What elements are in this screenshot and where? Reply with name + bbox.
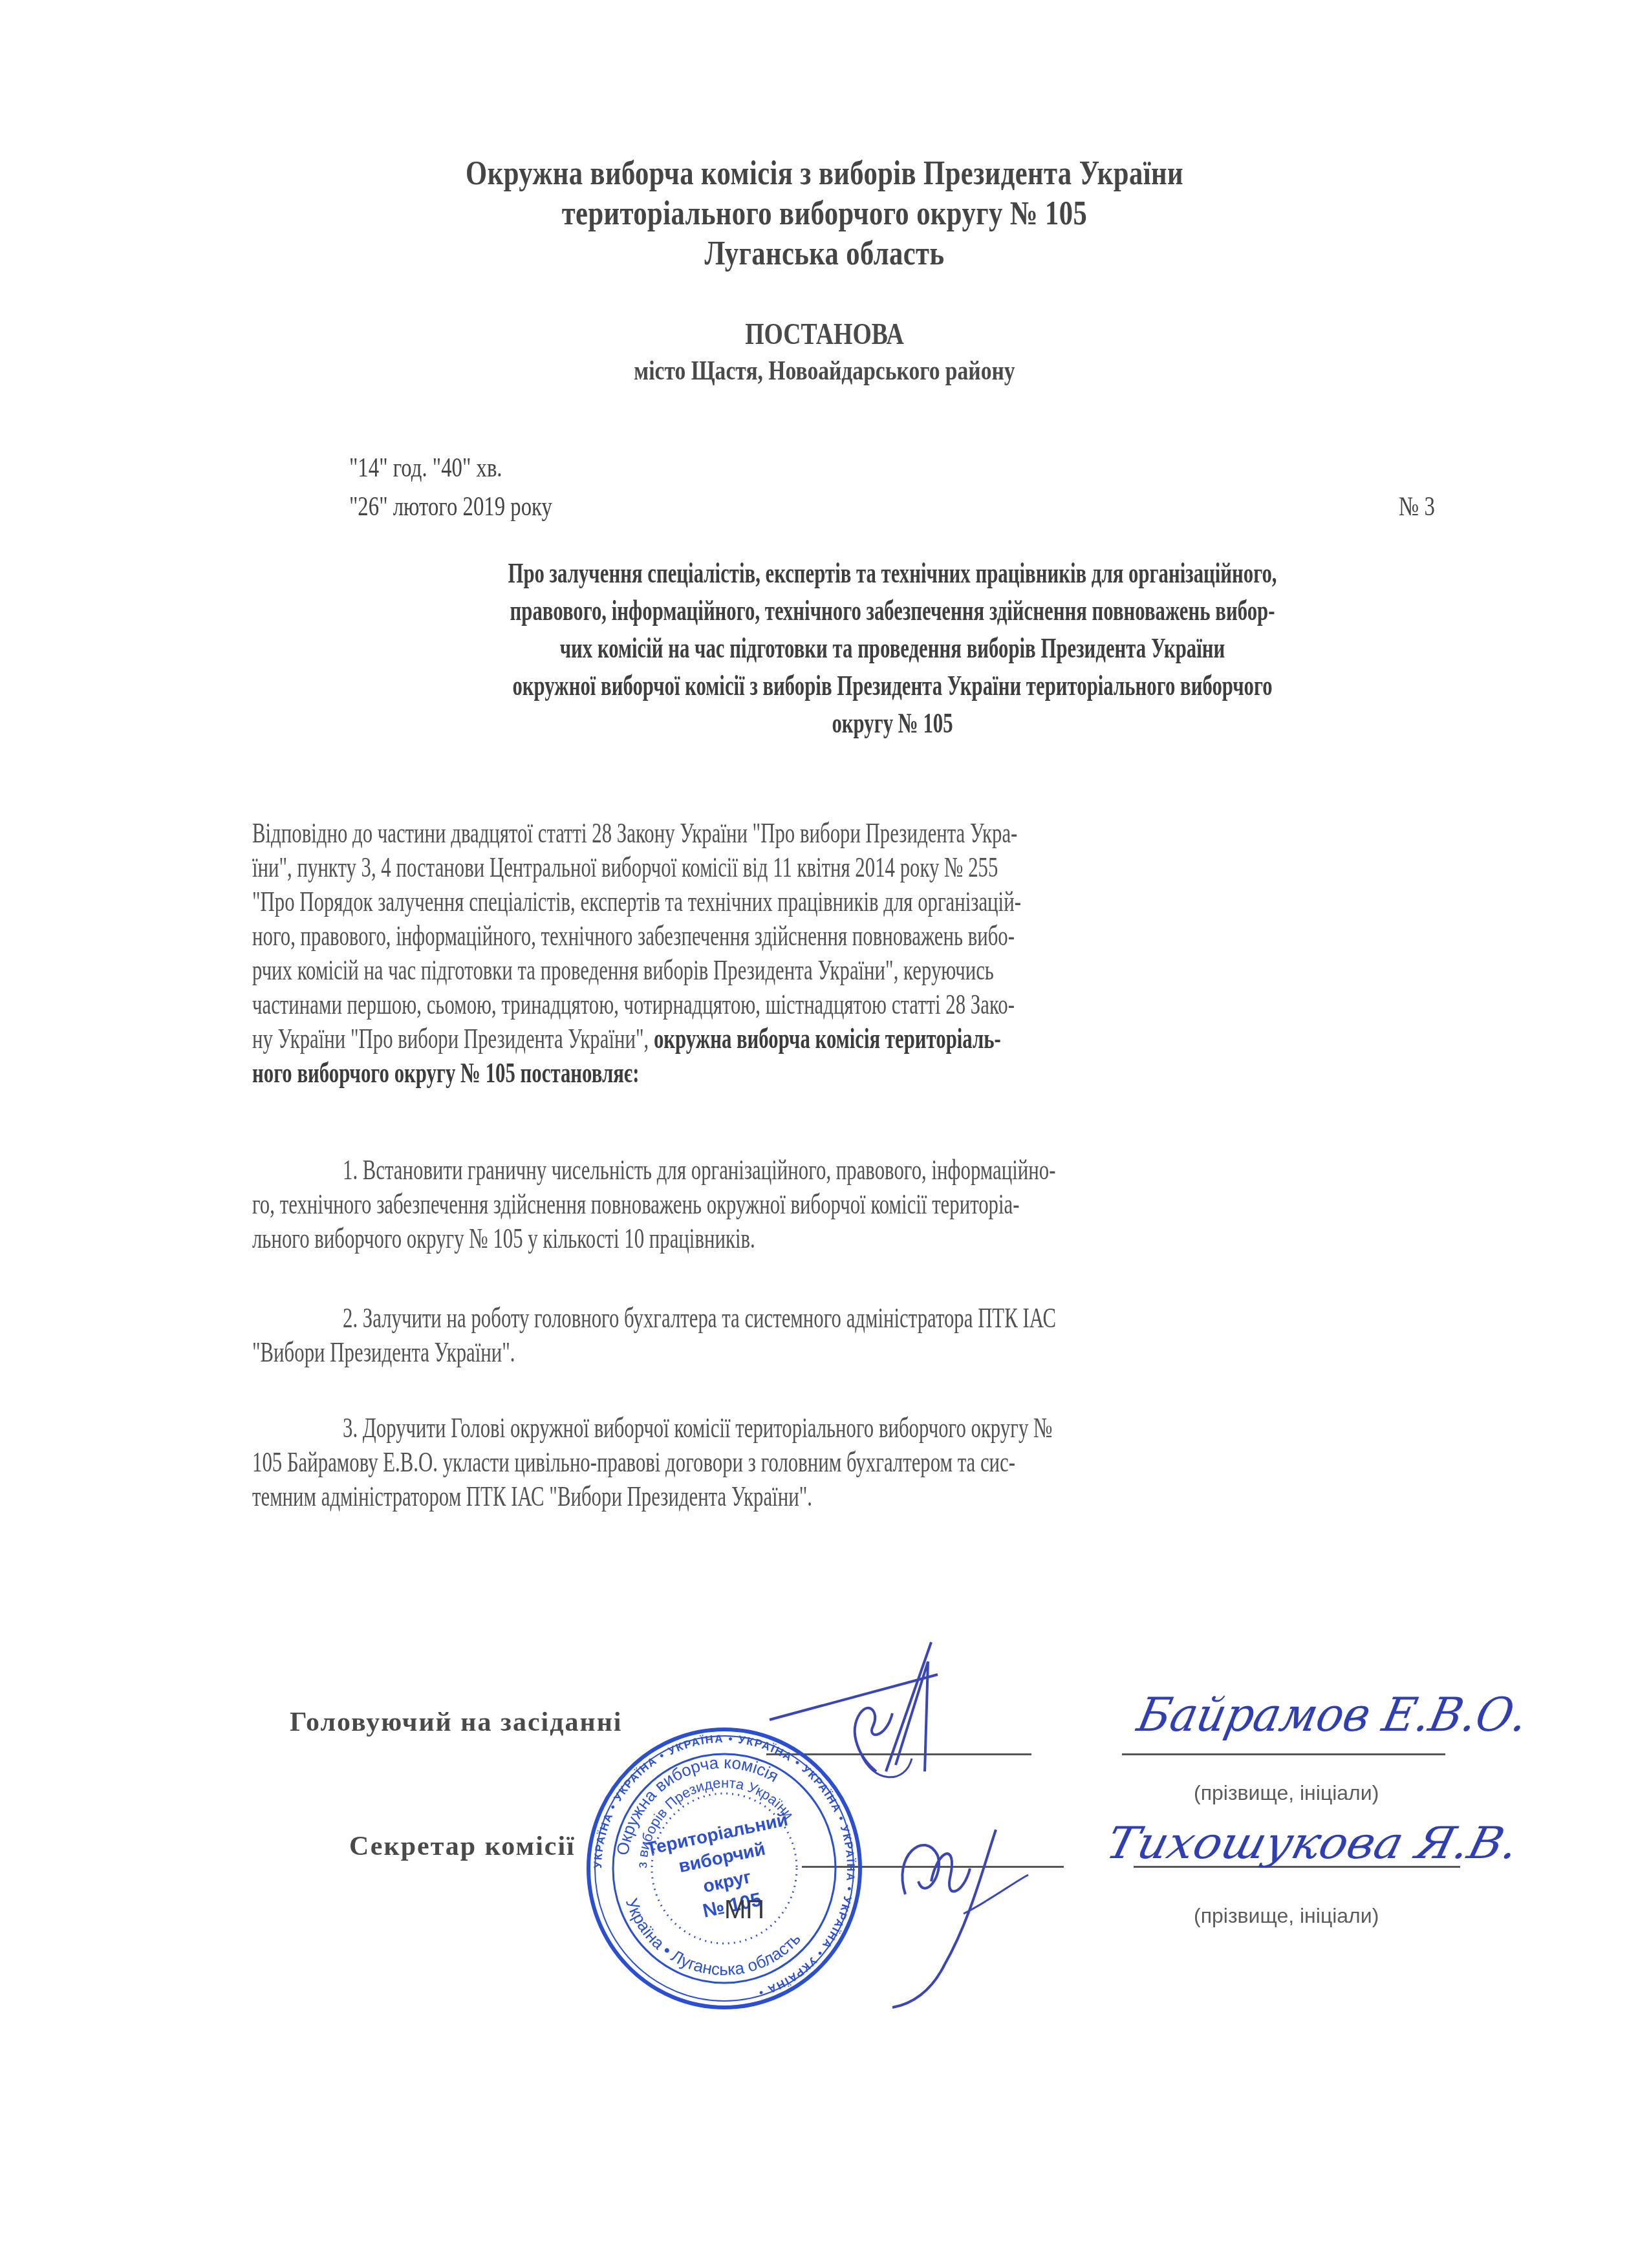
- header-line-3: Луганська область: [149, 234, 1501, 274]
- preamble-line: "Про Порядок залучення спеціалістів, екс…: [252, 884, 1144, 919]
- subject-line: чих комісій на час підготовки та проведе…: [431, 630, 1354, 667]
- item-line: 1. Встановити граничну чисельність для о…: [252, 1153, 1144, 1187]
- item-line: темним адміністратором ПТК ІАС "Вибори П…: [252, 1479, 1144, 1514]
- chair-name-line: [1122, 1753, 1445, 1755]
- official-stamp-icon: УКРАЇНА • УКРАЇНА • УКРАЇНА • УКРАЇНА • …: [585, 1726, 863, 2011]
- decree-time: "14" год. "40" хв.: [349, 453, 502, 484]
- item-line: го, технічного забезпечення здійснення п…: [252, 1187, 1144, 1221]
- preamble-line: частинами першою, сьомою, тринадцятою, ч…: [252, 987, 1144, 1022]
- resolving-clause: ного виборчого округу № 105 постановляє:: [252, 1057, 639, 1089]
- item-line: 2. Залучити на роботу головного бухгалте…: [252, 1301, 1144, 1335]
- decree-item-2: 2. Залучити на роботу головного бухгалте…: [252, 1301, 1526, 1369]
- resolving-clause: окружна виборча комісія територіаль-: [654, 1023, 1001, 1054]
- preamble-line: ну України "Про вибори Президента Україн…: [252, 1022, 1144, 1056]
- chair-label: Головуючий на засіданні: [290, 1707, 623, 1738]
- header-line-1: Окружна виборча комісія з виборів Презид…: [149, 154, 1501, 194]
- chair-name-hint: (прізвище, ініціали): [1194, 1781, 1379, 1805]
- decree-item-1: 1. Встановити граничну чисельність для о…: [252, 1153, 1526, 1256]
- document-page: Окружна виборча комісія з виборів Презид…: [0, 0, 1649, 2268]
- commission-header: Окружна виборча комісія з виборів Презид…: [0, 154, 1649, 274]
- item-line: 3. Доручити Голові окружної виборчої ком…: [252, 1411, 1144, 1445]
- decree-subject: Про залучення спеціалістів, експертів та…: [233, 555, 1552, 742]
- secretary-signature-icon: [867, 1804, 1035, 2011]
- subject-line: окружної виборчої комісії з виборів През…: [431, 667, 1354, 705]
- chair-handwritten-name: Байрамов Е.В.О.: [1133, 1687, 1533, 1742]
- preamble-text: ну України "Про вибори Президента Україн…: [252, 1023, 654, 1054]
- decree-number: № 3: [1399, 491, 1435, 522]
- decree-place: місто Щастя, Новоайдарського району: [165, 356, 1484, 387]
- item-line: 105 Байрамову Е.В.О. укласти цивільно-пр…: [252, 1445, 1144, 1479]
- item-line: льного виборчого округу № 105 у кількост…: [252, 1221, 1144, 1256]
- mp-mark: МП: [724, 1896, 764, 1925]
- preamble-line: їни", пункту 3, 4 постанови Центральної …: [252, 850, 1144, 884]
- secretary-label: Секретар комісії: [349, 1831, 576, 1862]
- subject-line: округу № 105: [431, 705, 1354, 742]
- preamble-line: рчих комісій на час підготовки та провед…: [252, 953, 1144, 987]
- preamble-line: ного, правового, інформаційного, технічн…: [252, 919, 1144, 953]
- preamble-paragraph: Відповідно до частини двадцятої статті 2…: [252, 816, 1526, 1090]
- subject-line: правового, інформаційного, технічного за…: [431, 592, 1354, 630]
- header-line-2: територіального виборчого округу № 105: [149, 194, 1501, 234]
- decree-item-3: 3. Доручити Голові окружної виборчої ком…: [252, 1411, 1526, 1514]
- preamble-line: Відповідно до частини двадцятої статті 2…: [252, 816, 1144, 850]
- preamble-line: ного виборчого округу № 105 постановляє:: [252, 1056, 1144, 1090]
- decree-date: "26" лютого 2019 року: [349, 491, 552, 522]
- secretary-handwritten-name: Тихошукова Я.В.: [1101, 1818, 1524, 1869]
- subject-line: Про залучення спеціалістів, експертів та…: [431, 555, 1354, 592]
- item-line: "Вибори Президента України".: [252, 1335, 1144, 1369]
- secretary-name-hint: (прізвище, ініціали): [1194, 1904, 1379, 1928]
- decree-title: ПОСТАНОВА: [149, 317, 1501, 351]
